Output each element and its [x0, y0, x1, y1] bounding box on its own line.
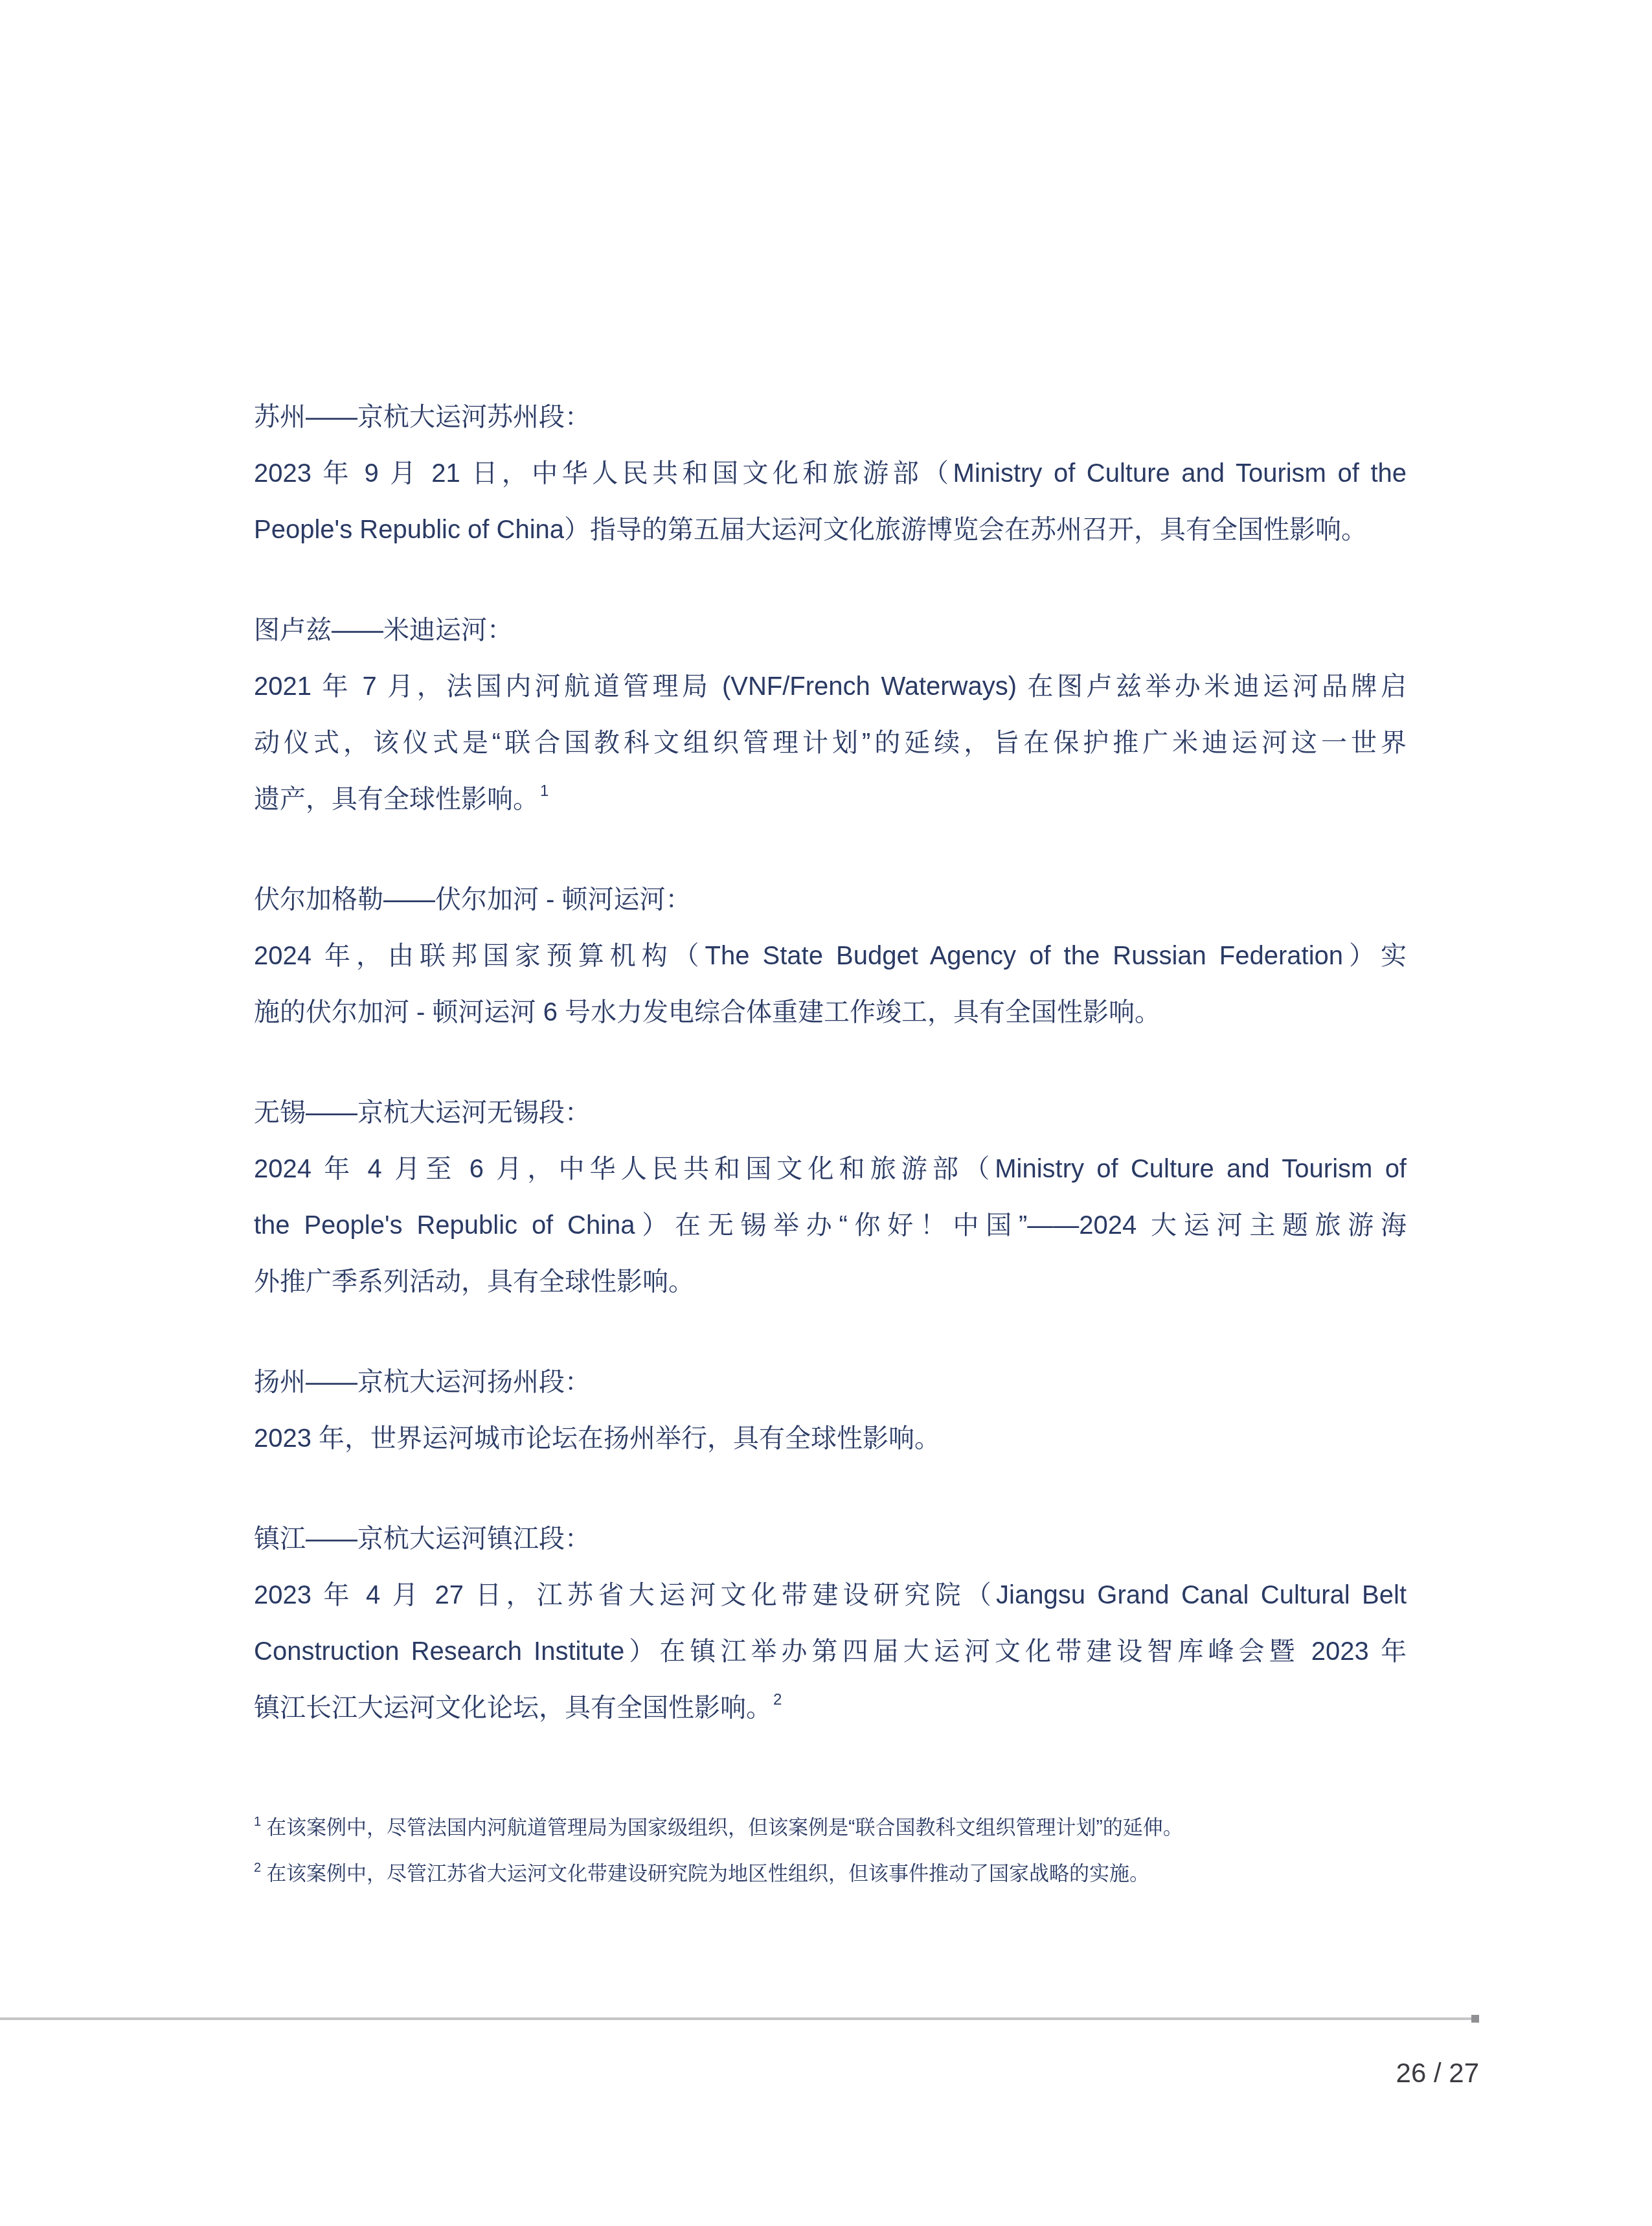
footer-divider-line: [0, 2017, 1478, 2020]
footnote: 2在该案例中，尽管江苏省大运河文化带建设研究院为地区性组织，但该事件推动了国家战…: [254, 1850, 1407, 1896]
body-line-text: People's Republic of China）指导的第五届大运河文化旅游…: [254, 516, 1367, 544]
body-line-text: 2021 年 7 月，法国内河航道管理局 (VNF/French Waterwa…: [254, 672, 1407, 701]
section-0: 苏州——京杭大运河苏州段：2023 年 9 月 21 日，中华人民共和国文化和旅…: [254, 389, 1407, 558]
section-heading: 图卢兹——米迪运河：: [254, 602, 1407, 659]
page-number: 26 / 27: [1396, 2058, 1479, 2088]
section-heading: 扬州——京杭大运河扬州段：: [254, 1354, 1407, 1411]
body-line: 2023 年 9 月 21 日，中华人民共和国文化和旅游部（Ministry o…: [254, 446, 1407, 502]
body-line: 2023 年 4 月 27 日，江苏省大运河文化带建设研究院（Jiangsu G…: [254, 1567, 1407, 1624]
footnote-marker: 1: [254, 1815, 261, 1829]
footnotes: 1在该案例中，尽管法国内河航道管理局为国家级组织，但该案例是“联合国教科文组织管…: [254, 1804, 1407, 1896]
body-line-text: the People's Republic of China）在无锡举办“你好！…: [254, 1211, 1407, 1240]
body-line-text: 动仪式，该仪式是“联合国教科文组织管理计划”的延续，旨在保护推广米迪运河这一世界: [254, 729, 1407, 757]
body-line-text: 遗产，具有全球性影响。: [254, 785, 539, 813]
body-line-text: 2023 年 9 月 21 日，中华人民共和国文化和旅游部（Ministry o…: [254, 459, 1407, 488]
document-page: 苏州——京杭大运河苏州段：2023 年 9 月 21 日，中华人民共和国文化和旅…: [0, 0, 1652, 2226]
footnote-reference: 1: [540, 782, 549, 800]
body-line: People's Republic of China）指导的第五届大运河文化旅游…: [254, 502, 1407, 558]
footnote: 1在该案例中，尽管法国内河航道管理局为国家级组织，但该案例是“联合国教科文组织管…: [254, 1804, 1407, 1850]
body-line: 2021 年 7 月，法国内河航道管理局 (VNF/French Waterwa…: [254, 659, 1407, 715]
section-heading: 伏尔加格勒——伏尔加河 - 顿河运河：: [254, 872, 1407, 928]
body-line: 镇江长江大运河文化论坛，具有全国性影响。2: [254, 1680, 1407, 1736]
body-line-text: 施的伏尔加河 - 顿河运河 6 号水力发电综合体重建工作竣工，具有全国性影响。: [254, 998, 1160, 1027]
body-line: 动仪式，该仪式是“联合国教科文组织管理计划”的延续，旨在保护推广米迪运河这一世界: [254, 715, 1407, 771]
section-4: 扬州——京杭大运河扬州段：2023 年，世界运河城市论坛在扬州举行，具有全球性影…: [254, 1354, 1407, 1467]
section-2: 伏尔加格勒——伏尔加河 - 顿河运河：2024 年，由联邦国家预算机构（The …: [254, 872, 1407, 1041]
body-line-text: 镇江长江大运河文化论坛，具有全国性影响。: [254, 1694, 772, 1722]
section-heading: 无锡——京杭大运河无锡段：: [254, 1085, 1407, 1141]
body-line: 2024 年 4 月至 6 月，中华人民共和国文化和旅游部（Ministry o…: [254, 1141, 1407, 1198]
body-line-text: 2023 年 4 月 27 日，江苏省大运河文化带建设研究院（Jiangsu G…: [254, 1581, 1407, 1609]
body-line-text: 外推广季系列活动，具有全球性影响。: [254, 1267, 694, 1296]
body-line-text: Construction Research Institute）在镇江举办第四届…: [254, 1637, 1407, 1666]
section-heading: 苏州——京杭大运河苏州段：: [254, 389, 1407, 446]
section-1: 图卢兹——米迪运河：2021 年 7 月，法国内河航道管理局 (VNF/Fren…: [254, 602, 1407, 828]
body-line-text: 2024 年 4 月至 6 月，中华人民共和国文化和旅游部（Ministry o…: [254, 1155, 1407, 1183]
section-3: 无锡——京杭大运河无锡段：2024 年 4 月至 6 月，中华人民共和国文化和旅…: [254, 1085, 1407, 1310]
body-line: 遗产，具有全球性影响。1: [254, 771, 1407, 828]
body-line: 2023 年，世界运河城市论坛在扬州举行，具有全球性影响。: [254, 1411, 1407, 1467]
body-line: 外推广季系列活动，具有全球性影响。: [254, 1254, 1407, 1310]
footnote-reference: 2: [773, 1691, 782, 1709]
footnote-text: 在该案例中，尽管江苏省大运河文化带建设研究院为地区性组织，但该事件推动了国家战略…: [266, 1862, 1149, 1885]
body-line-text: 2024 年，由联邦国家预算机构（The State Budget Agency…: [254, 942, 1407, 970]
body-line: 2024 年，由联邦国家预算机构（The State Budget Agency…: [254, 928, 1407, 984]
body-line-text: 2023 年，世界运河城市论坛在扬州举行，具有全球性影响。: [254, 1424, 940, 1453]
document-body: 苏州——京杭大运河苏州段：2023 年 9 月 21 日，中华人民共和国文化和旅…: [254, 389, 1407, 1736]
section-5: 镇江——京杭大运河镇江段：2023 年 4 月 27 日，江苏省大运河文化带建设…: [254, 1511, 1407, 1736]
body-line: Construction Research Institute）在镇江举办第四届…: [254, 1624, 1407, 1680]
footnote-marker: 2: [254, 1861, 261, 1875]
body-line: 施的伏尔加河 - 顿河运河 6 号水力发电综合体重建工作竣工，具有全国性影响。: [254, 984, 1407, 1041]
section-heading: 镇江——京杭大运河镇江段：: [254, 1511, 1407, 1567]
footer-divider-end-dot: [1471, 2015, 1479, 2023]
body-line: the People's Republic of China）在无锡举办“你好！…: [254, 1198, 1407, 1254]
footnote-text: 在该案例中，尽管法国内河航道管理局为国家级组织，但该案例是“联合国教科文组织管理…: [266, 1816, 1183, 1839]
